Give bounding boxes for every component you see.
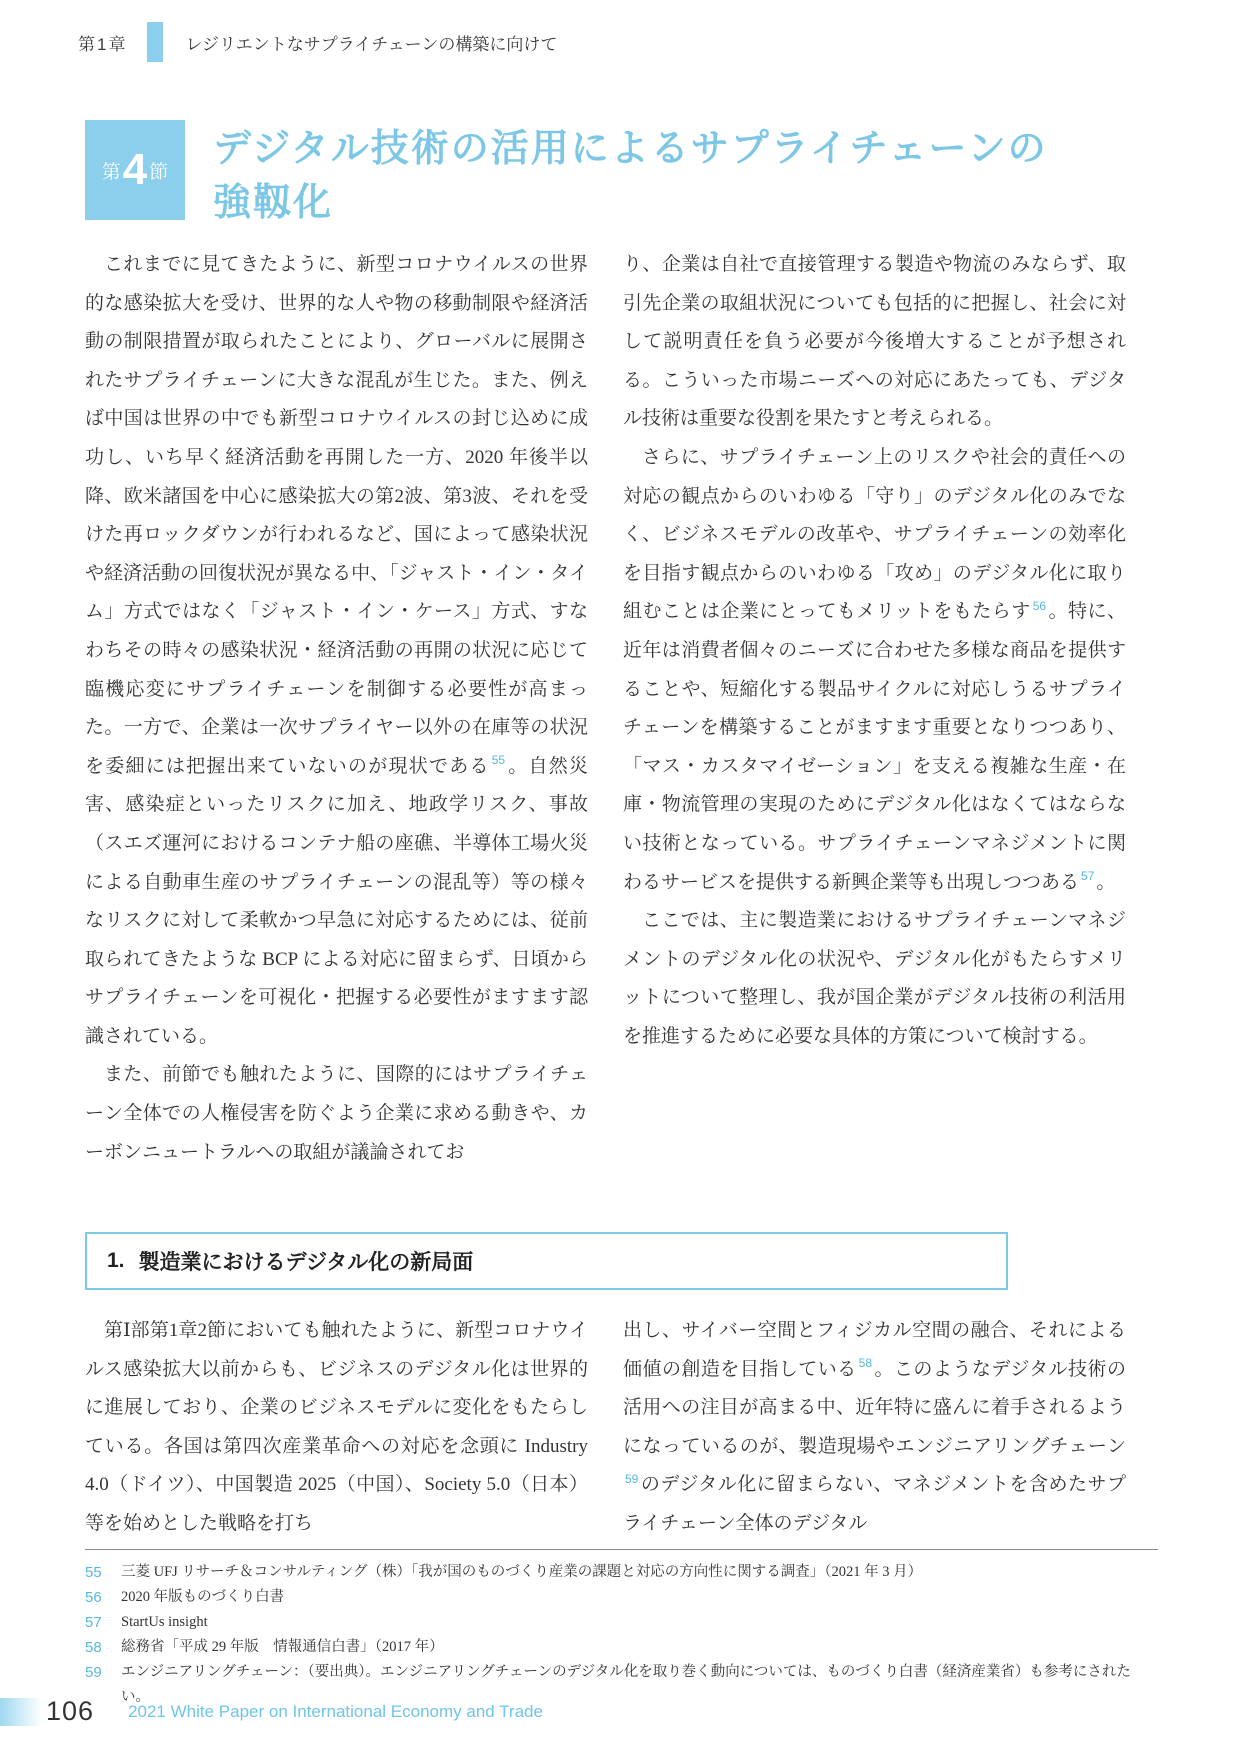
footnote-item: 57StartUs insight: [85, 1610, 1158, 1635]
footnote-ref-59[interactable]: 59: [625, 1472, 638, 1486]
footnote-divider: [85, 1549, 1158, 1550]
chapter-divider-bar: [147, 22, 163, 62]
footnote-number: 56: [85, 1585, 121, 1610]
paragraph: さらに、サプライチェーン上のリスクや社会的責任への対応の観点からのいわゆる「守り…: [623, 439, 1126, 902]
section-number-badge: 第 4 節: [85, 120, 185, 220]
paragraph: り、企業は自社で直接管理する製造や物流のみならず、取引先企業の取組状況についても…: [623, 246, 1126, 439]
footnote-text: 2020 年版ものづくり白書: [121, 1585, 284, 1610]
paragraph: 第Ⅰ部第1章2節においても触れたように、新型コロナウイルス感染拡大以前からも、ビ…: [85, 1312, 588, 1544]
section1-columns: 第Ⅰ部第1章2節においても触れたように、新型コロナウイルス感染拡大以前からも、ビ…: [85, 1312, 1126, 1544]
badge-suffix: 節: [149, 157, 168, 184]
badge-prefix: 第: [102, 157, 121, 184]
footnote-number: 57: [85, 1610, 121, 1635]
footnote-item: 55三菱 UFJ リサーチ＆コンサルティング（株）「我が国のものづくり産業の課題…: [85, 1560, 1158, 1585]
footnote-ref-57[interactable]: 57: [1081, 869, 1094, 883]
badge-number: 4: [123, 148, 147, 192]
footnote-ref-55[interactable]: 55: [492, 753, 505, 767]
section1-heading-box: 1. 製造業におけるデジタル化の新局面: [85, 1232, 1008, 1290]
paragraph: ここでは、主に製造業におけるサプライチェーンマネジメントのデジタル化の状況や、デ…: [623, 902, 1126, 1056]
page-title: デジタル技術の活用によるサプライチェーンの 強靱化: [213, 122, 1048, 230]
footnote-text: StartUs insight: [121, 1610, 208, 1635]
body-columns: これまでに見てきたように、新型コロナウイルスの世界的な感染拡大を受け、世界的な人…: [85, 246, 1126, 1172]
column-right: り、企業は自社で直接管理する製造や物流のみならず、取引先企業の取組状況についても…: [623, 246, 1126, 1172]
title-line-2: 強靱化: [213, 176, 1048, 230]
paragraph: また、前節でも触れたように、国際的にはサプライチェーン全体での人権侵害を防ぐよう…: [85, 1056, 588, 1172]
footnote-number: 58: [85, 1635, 121, 1660]
section1-column-left: 第Ⅰ部第1章2節においても触れたように、新型コロナウイルス感染拡大以前からも、ビ…: [85, 1312, 588, 1544]
footnote-item: 58総務省「平成 29 年版 情報通信白書」（2017 年）: [85, 1635, 1158, 1660]
footnote-item: 562020 年版ものづくり白書: [85, 1585, 1158, 1610]
footer-title: 2021 White Paper on International Econom…: [128, 1702, 543, 1722]
footnote-number: 55: [85, 1560, 121, 1585]
section1-number: 1.: [107, 1249, 125, 1273]
paragraph: これまでに見てきたように、新型コロナウイルスの世界的な感染拡大を受け、世界的な人…: [85, 246, 588, 1056]
paragraph: 出し、サイバー空間とフィジカル空間の融合、それによる価値の創造を目指している58…: [623, 1312, 1126, 1544]
page-footer: 106 2021 White Paper on International Ec…: [0, 1696, 543, 1727]
section1-column-right: 出し、サイバー空間とフィジカル空間の融合、それによる価値の創造を目指している58…: [623, 1312, 1126, 1544]
title-line-1: デジタル技術の活用によるサプライチェーンの: [213, 122, 1048, 176]
section-title-block: 第 4 節 デジタル技術の活用によるサプライチェーンの 強靱化: [85, 120, 1048, 230]
chapter-label: 第1章: [78, 30, 127, 55]
section1-title: 製造業におけるデジタル化の新局面: [139, 1246, 474, 1276]
footnotes: 55三菱 UFJ リサーチ＆コンサルティング（株）「我が国のものづくり産業の課題…: [85, 1560, 1158, 1710]
page-number: 106: [46, 1696, 94, 1727]
footnote-text: 総務省「平成 29 年版 情報通信白書」（2017 年）: [121, 1635, 444, 1660]
footer-gradient-bar: [0, 1698, 42, 1726]
document-page: 第1章 レジリエントなサプライチェーンの構築に向けて 第 4 節 デジタル技術の…: [0, 0, 1241, 1754]
page-header: 第1章 レジリエントなサプライチェーンの構築に向けて: [78, 22, 557, 62]
footnote-ref-58[interactable]: 58: [859, 1356, 872, 1370]
column-left: これまでに見てきたように、新型コロナウイルスの世界的な感染拡大を受け、世界的な人…: [85, 246, 588, 1172]
chapter-title: レジリエントなサプライチェーンの構築に向けて: [185, 30, 557, 55]
footnote-ref-56[interactable]: 56: [1033, 599, 1046, 613]
footnote-text: 三菱 UFJ リサーチ＆コンサルティング（株）「我が国のものづくり産業の課題と対…: [121, 1560, 922, 1585]
